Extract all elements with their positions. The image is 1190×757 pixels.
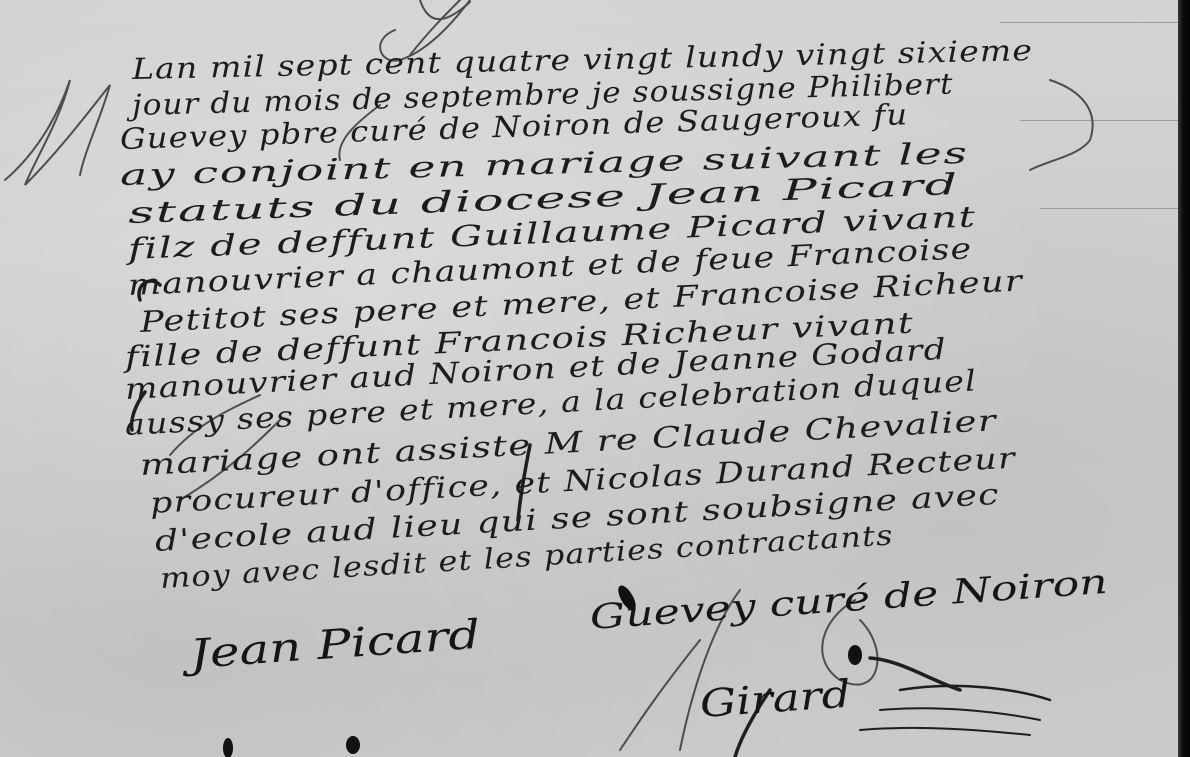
ruled-line <box>1040 208 1180 209</box>
ruled-line <box>1020 120 1180 121</box>
signature-jean-picard: Jean Picard <box>188 612 481 678</box>
signature-guevey: Guevey curé de Noiron <box>589 562 1109 638</box>
signature-witness: Girard <box>698 672 852 726</box>
document-scan: [illegible word, partly cut off at top] … <box>0 0 1190 757</box>
ruled-line <box>1000 22 1180 23</box>
scan-edge <box>1178 0 1190 757</box>
